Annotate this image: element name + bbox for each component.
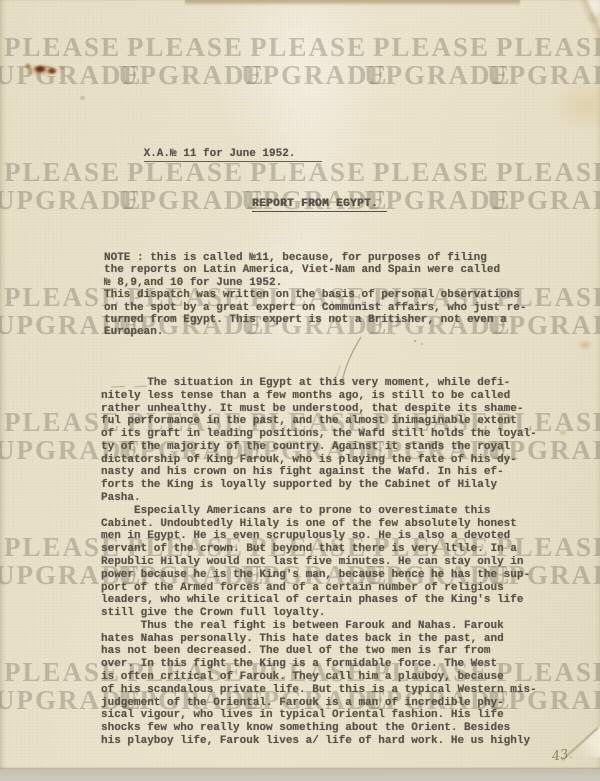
watermark-text: UPGRADE — [487, 61, 600, 89]
paper-sheet: PLEASEPLEASEPLEASEPLEASEPLEASEUPGRADEUPG… — [0, 0, 600, 769]
watermark-text: PLEASE — [493, 158, 600, 186]
watermark-text: UPGRADE — [487, 186, 600, 214]
paper-speck — [80, 96, 85, 100]
top-right-crease — [566, 0, 600, 52]
document-reference: X.A.№ 11 for June 1952. — [104, 136, 322, 174]
watermark-text: PLEASE — [124, 33, 247, 61]
watermark-text: UPGRADE — [0, 186, 118, 214]
scanned-document-page: PLEASEPLEASEPLEASEPLEASEPLEASEUPGRADEUPG… — [0, 0, 600, 781]
paper-speck — [560, 430, 566, 435]
paper-top-edge-shadow — [185, 0, 520, 6]
watermark-text: PLEASE — [370, 158, 493, 186]
report-body-text: The situation in Egypt at this very mome… — [101, 377, 537, 748]
watermark-text: UPGRADE — [0, 311, 118, 339]
document-heading: REPORT FROM EGYPT. — [210, 186, 387, 224]
watermark-text: PLEASE — [247, 33, 370, 61]
rust-stain — [14, 55, 70, 83]
watermark-text: UPGRADE — [241, 61, 364, 89]
watermark-text: PLEASE — [370, 33, 493, 61]
document-reference-text: X.A.№ 11 for June 1952. — [144, 148, 323, 162]
watermark-text: UPGRADE — [118, 61, 241, 89]
document-heading-text: REPORT FROM EGYPT. — [252, 198, 387, 212]
watermark-text: UPGRADE — [364, 61, 487, 89]
bottom-right-corner-fold — [564, 725, 600, 757]
scanner-background-strip — [0, 769, 600, 781]
note-paragraph: NOTE : this is called №11, because, for … — [104, 252, 526, 339]
